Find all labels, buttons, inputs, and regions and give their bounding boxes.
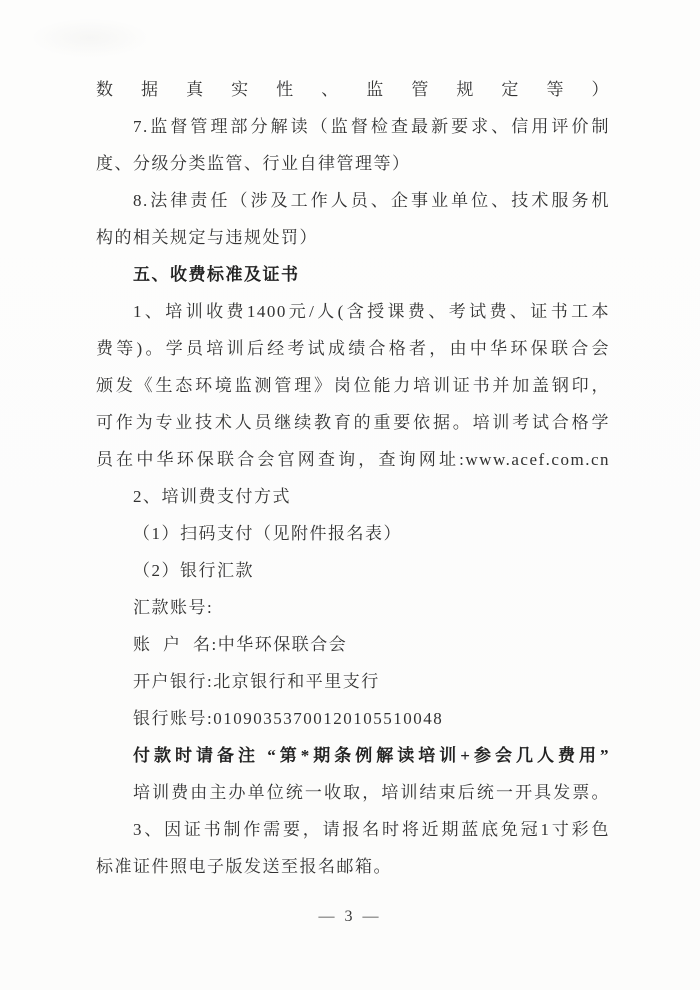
- line-fee-amount: 1、培训收费1400元/人(含授课费、考试费、证书工本: [96, 293, 610, 330]
- document-body: 数据真实性、监管规定等） 7.监督管理部分解读（监督检查最新要求、信用评价制 度…: [96, 71, 610, 885]
- line-payment-remark-note: 付款时请备注 “第*期条例解读培训+参会几人费用”: [96, 737, 610, 774]
- line-certificate-issue: 颁发《生态环境监测管理》岗位能力培训证书并加盖钢印，: [96, 367, 610, 404]
- line-topic7-supervision: 7.监督管理部分解读（监督检查最新要求、信用评价制: [96, 108, 610, 145]
- line-photo-requirement-cont: 标准证件照电子版发送至报名邮箱。: [96, 848, 610, 885]
- page-number: — 3 —: [0, 903, 700, 931]
- line-fee-cont-exam-pass: 费等)。学员培训后经考试成绩合格者，由中华环保联合会: [96, 330, 610, 367]
- line-bank-account-number: 银行账号:01090353700120105510048: [96, 700, 610, 737]
- line-topic7-continuation: 度、分级分类监管、行业自律管理等）: [96, 145, 610, 182]
- line-payment-method-scan: （1）扫码支付（见附件报名表）: [96, 515, 610, 552]
- line-certificate-query-url: 员在中华环保联合会官网查询，查询网址:www.acef.com.cn: [96, 441, 610, 478]
- line-remittance-account-label: 汇款账号:: [96, 589, 610, 626]
- line-account-name: 账 户 名:中华环保联合会: [96, 626, 610, 663]
- line-topic8-legal-liability: 8.法律责任（涉及工作人员、企事业单位、技术服务机: [96, 182, 610, 219]
- line-certificate-use: 可作为专业技术人员继续教育的重要依据。培训考试合格学: [96, 404, 610, 441]
- line-photo-requirement: 3、因证书制作需要，请报名时将近期蓝底免冠1寸彩色: [96, 811, 610, 848]
- line-topic8-continuation: 构的相关规定与违规处罚）: [96, 219, 610, 256]
- line-payment-method-bank: （2）银行汇款: [96, 552, 610, 589]
- line-payment-methods-heading: 2、培训费支付方式: [96, 478, 610, 515]
- line-bank-branch: 开户银行:北京银行和平里支行: [96, 663, 610, 700]
- scan-artifact: [30, 18, 150, 58]
- heading-section5-fees-certificate: 五、收费标准及证书: [96, 256, 610, 293]
- line-topic6-continuation: 数据真实性、监管规定等）: [96, 71, 610, 108]
- line-invoice-note: 培训费由主办单位统一收取，培训结束后统一开具发票。: [96, 774, 610, 811]
- scanned-document-page: 数据真实性、监管规定等） 7.监督管理部分解读（监督检查最新要求、信用评价制 度…: [0, 0, 700, 990]
